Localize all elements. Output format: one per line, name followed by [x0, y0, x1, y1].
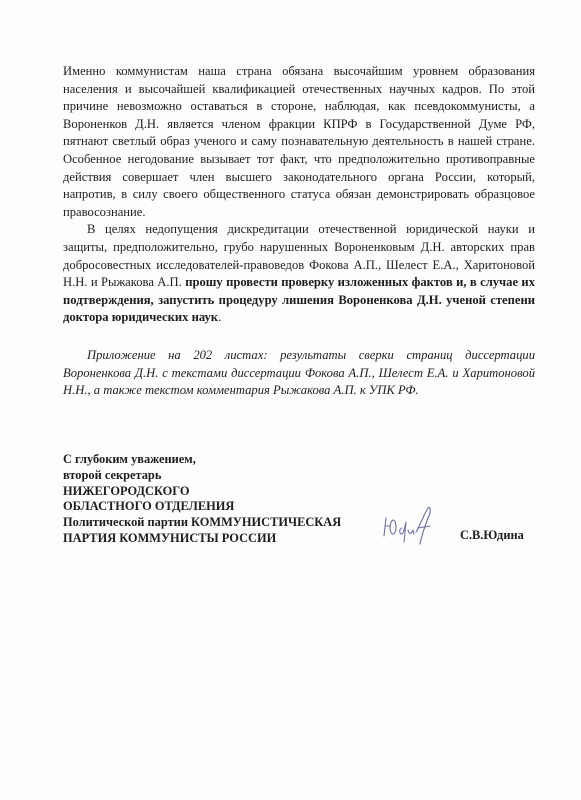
signer-name: С.В.Юдина — [460, 528, 524, 543]
closing-line-5: Политической партии КОММУНИСТИЧЕСКАЯ — [63, 515, 393, 531]
closing-line-3: НИЖЕГОРОДСКОГО — [63, 484, 393, 500]
paragraph-2-end: . — [218, 310, 221, 324]
closing-block: С глубоким уважением, второй секретарь Н… — [63, 452, 393, 547]
appendix-note: Приложение на 202 листах: результаты све… — [63, 347, 535, 400]
closing-line-4: ОБЛАСТНОГО ОТДЕЛЕНИЯ — [63, 499, 393, 515]
closing-line-2: второй секретарь — [63, 468, 393, 484]
document-page: Именно коммунистам наша страна обязана в… — [0, 0, 581, 800]
paragraph-1: Именно коммунистам наша страна обязана в… — [63, 63, 535, 221]
paragraph-1-text: Именно коммунистам наша страна обязана в… — [63, 64, 535, 219]
closing-line-1: С глубоким уважением, — [63, 452, 393, 468]
paragraph-2: В целях недопущения дискредитации отечес… — [63, 221, 535, 327]
handwritten-signature — [380, 504, 450, 546]
letter-body: Именно коммунистам наша страна обязана в… — [63, 63, 535, 327]
closing-line-6: ПАРТИЯ КОММУНИСТЫ РОССИИ — [63, 531, 393, 547]
